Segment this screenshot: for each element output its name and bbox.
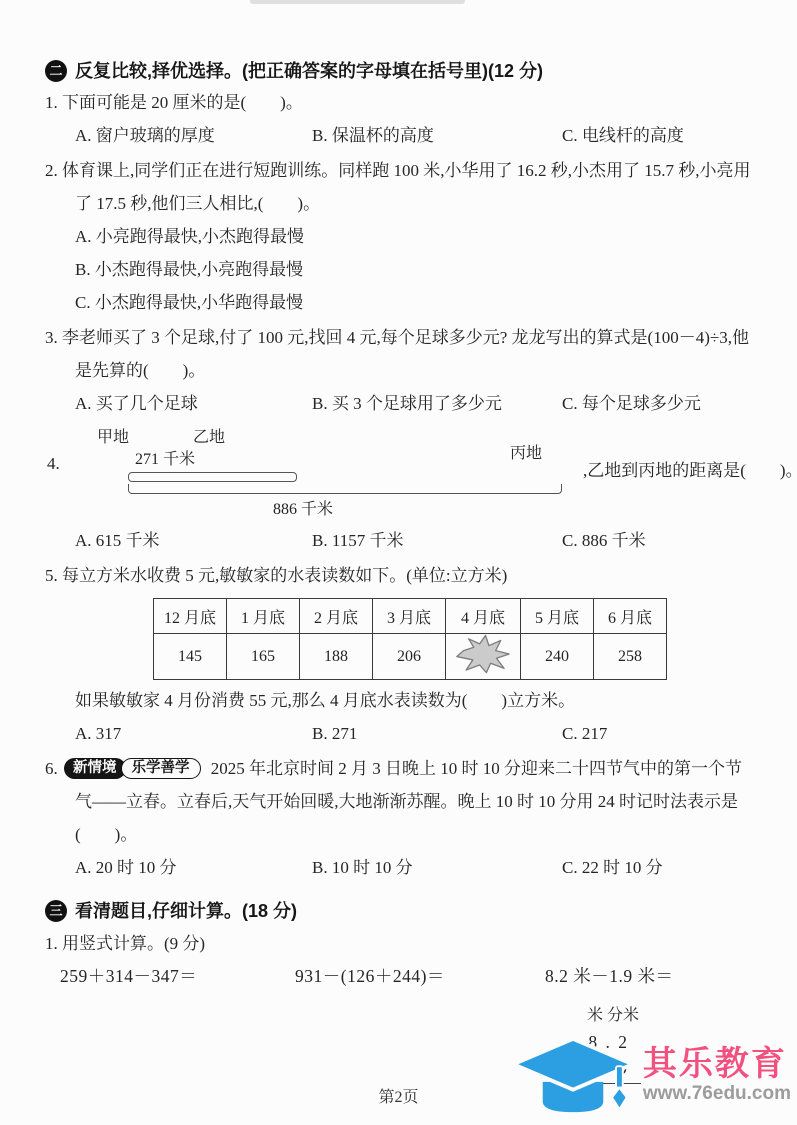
option-a: A. 买了几个足球 xyxy=(75,387,312,420)
option-c: C. 217 xyxy=(562,717,757,750)
option-b: B. 10 时 10 分 xyxy=(312,851,562,884)
question-1-options: A. 窗户玻璃的厚度 B. 保温杯的高度 C. 电线杆的高度 xyxy=(45,119,757,152)
question-3-text: 3. 李老师买了 3 个足球,付了 100 元,找回 4 元,每个足球多少元? … xyxy=(45,321,757,387)
question-5-text: 5. 每立方米水收费 5 元,敏敏家的水表读数如下。(单位:立方米) xyxy=(45,559,757,592)
calc-subtitle: 1. 用竖式计算。(9 分) xyxy=(45,927,757,960)
question-6-number: 6. xyxy=(45,759,58,778)
question-3-options: A. 买了几个足球 B. 买 3 个足球用了多少元 C. 每个足球多少元 xyxy=(45,387,757,420)
unit-header: 米 分米 xyxy=(557,1003,641,1029)
obscured-value-cell xyxy=(446,634,521,680)
place-a-label: 甲地 xyxy=(97,424,129,447)
option-b: B. 保温杯的高度 xyxy=(312,119,562,152)
section-three-header: 三 看清题目,仔细计算。(18 分) xyxy=(45,898,757,924)
question-5-text-2: 如果敏敏家 4 月份消费 55 元,那么 4 月底水表读数为( )立方米。 xyxy=(45,684,757,717)
option-b: B. 买 3 个足球用了多少元 xyxy=(312,387,562,420)
header-cell: 1 月底 xyxy=(227,599,300,634)
expression-1: 259＋314－347＝ xyxy=(60,960,295,993)
question-6: 6. 新情境乐学善学 2025 年北京时间 2 月 3 日晚上 10 时 10 … xyxy=(45,752,757,851)
header-cell: 4 月底 xyxy=(446,599,521,634)
expression-2: 931－(126＋244)＝ xyxy=(295,960,545,993)
new-context-badge: 新情境 xyxy=(64,758,126,779)
learning-badge: 乐学善学 xyxy=(121,758,201,779)
value-cell: 258 xyxy=(594,634,667,680)
question-2-options: A. 小亮跑得最快,小杰跑得最慢 B. 小杰跑得最快,小亮跑得最慢 C. 小杰跑… xyxy=(45,220,757,319)
option-a: A. 317 xyxy=(75,717,312,750)
calc-expressions: 259＋314－347＝ 931－(126＋244)＝ 8.2 米－1.9 米＝ xyxy=(45,960,757,993)
section-three-icon: 三 xyxy=(45,900,67,922)
header-cell: 5 月底 xyxy=(521,599,594,634)
option-a: A. 20 时 10 分 xyxy=(75,851,312,884)
brand-logo: 其乐教育 www.76edu.com xyxy=(509,1033,791,1117)
option-b: B. 271 xyxy=(312,717,562,750)
graduation-cap-icon xyxy=(509,1033,637,1117)
question-5-options: A. 317 B. 271 C. 217 xyxy=(45,717,757,750)
obscured-value-icon xyxy=(456,634,510,674)
option-a: A. 615 千米 xyxy=(75,524,312,557)
option-b: B. 小杰跑得最快,小亮跑得最慢 xyxy=(75,253,757,286)
section-two-title: 反复比较,择优选择。(把正确答案的字母填在括号里)(12 分) xyxy=(75,58,543,84)
header-cell: 12 月底 xyxy=(154,599,227,634)
place-c-label: 丙地 xyxy=(510,440,542,463)
section-two-icon: 二 xyxy=(45,60,67,82)
header-cell: 3 月底 xyxy=(373,599,446,634)
header-cell: 2 月底 xyxy=(300,599,373,634)
brand-text: 其乐教育 www.76edu.com xyxy=(643,1045,791,1105)
question-4: 4. 甲地 乙地 丙地 271 千米 886 千米 ,乙地到丙地的距离是( )。 xyxy=(45,424,757,524)
table-header-row: 12 月底 1 月底 2 月底 3 月底 4 月底 5 月底 6 月底 xyxy=(154,599,667,634)
value-cell: 188 xyxy=(300,634,373,680)
option-a: A. 小亮跑得最快,小杰跑得最慢 xyxy=(75,220,757,253)
bracket-ab xyxy=(128,472,297,482)
option-b: B. 1157 千米 xyxy=(312,524,562,557)
header-cell: 6 月底 xyxy=(594,599,667,634)
bracket-ac xyxy=(128,484,562,494)
test-paper-page: 二 反复比较,择优选择。(把正确答案的字母填在括号里)(12 分) 1. 下面可… xyxy=(0,0,797,1125)
value-cell: 145 xyxy=(154,634,227,680)
value-cell: 240 xyxy=(521,634,594,680)
option-c: C. 886 千米 xyxy=(562,524,757,557)
section-two-header: 二 反复比较,择优选择。(把正确答案的字母填在括号里)(12 分) xyxy=(45,58,757,84)
question-4-number: 4. xyxy=(47,454,60,474)
section-three-title: 看清题目,仔细计算。(18 分) xyxy=(75,898,297,924)
option-c: C. 电线杆的高度 xyxy=(562,119,757,152)
place-b-label: 乙地 xyxy=(193,424,225,447)
brand-name: 其乐教育 xyxy=(643,1045,787,1083)
value-cell: 206 xyxy=(373,634,446,680)
water-meter-table: 12 月底 1 月底 2 月底 3 月底 4 月底 5 月底 6 月底 145 … xyxy=(153,598,667,680)
distance-ab-label: 271 千米 xyxy=(135,446,195,469)
question-2-text: 2. 体育课上,同学们正在进行短跑训练。同样跑 100 米,小华用了 16.2 … xyxy=(45,154,757,220)
page-top-artifact xyxy=(250,0,465,4)
option-a: A. 窗户玻璃的厚度 xyxy=(75,119,312,152)
brand-url: www.76edu.com xyxy=(643,1083,791,1105)
option-c: C. 22 时 10 分 xyxy=(562,851,757,884)
value-cell: 165 xyxy=(227,634,300,680)
question-4-text: ,乙地到丙地的距离是( )。 xyxy=(583,456,797,481)
question-1-text: 1. 下面可能是 20 厘米的是( )。 xyxy=(45,86,757,119)
table-value-row: 145 165 188 206 240 258 xyxy=(154,634,667,680)
question-6-options: A. 20 时 10 分 B. 10 时 10 分 C. 22 时 10 分 xyxy=(45,851,757,884)
option-c: C. 每个足球多少元 xyxy=(562,387,757,420)
option-c: C. 小杰跑得最快,小华跑得最慢 xyxy=(75,286,757,319)
question-4-options: A. 615 千米 B. 1157 千米 C. 886 千米 xyxy=(45,524,757,557)
expression-3: 8.2 米－1.9 米＝ xyxy=(545,960,757,993)
distance-ac-label: 886 千米 xyxy=(273,496,333,519)
